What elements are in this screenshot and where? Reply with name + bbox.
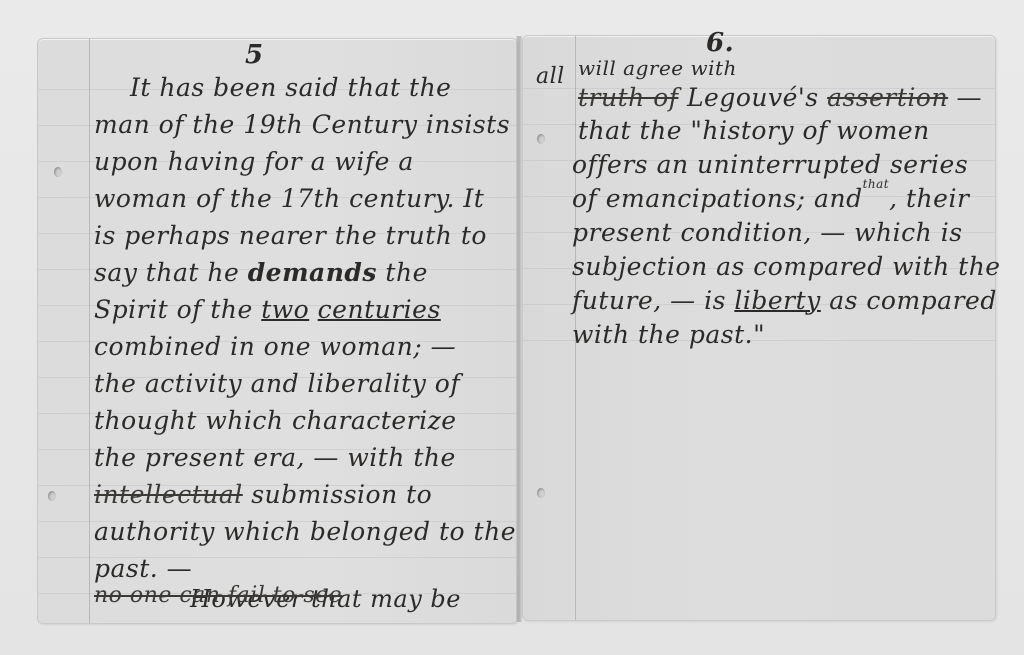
punch-hole [54,167,62,177]
line-segment: Spirit of the [94,295,261,324]
manuscript-line: will agree with [578,58,737,78]
line-segment: submission to [243,480,432,509]
right-page-number: 6. [706,30,734,56]
manuscript-line: woman of the 17th century. It [94,186,484,211]
manuscript-line: Spirit of the two centuries [94,297,441,322]
manuscript-line: thought which characterize [94,408,457,433]
struck-word: intellectual [94,480,243,509]
manuscript-line: past. — [94,556,192,581]
superscript-insertion: that [863,177,890,191]
manuscript-line: is perhaps nearer the truth to [94,223,487,248]
manuscript-line: say that he demands the [94,260,428,285]
manuscript-line: It has been said that the [130,75,451,100]
left-page-margin-line [89,39,90,623]
line-segment: say that he [94,258,248,287]
struck-word: assertion [827,83,948,112]
manuscript-line-struck: no one can fail to see [94,585,342,607]
line-segment: with [684,56,737,80]
manuscript-scan: 5 It has been said that the man of the 1… [0,0,1024,655]
inserted-word: agree [623,56,683,80]
manuscript-line: with the past." [572,322,765,347]
manuscript-line: of emancipations; andthat, their [572,186,969,211]
manuscript-line: offers an uninterrupted series [572,152,968,177]
manuscript-line: intellectual submission to [94,482,432,507]
manuscript-line: upon having for a wife a [94,149,414,174]
emphasized-word: demands [248,258,377,287]
punch-hole [537,134,545,144]
line-segment: — [948,83,982,112]
left-page-number: 5 [245,42,264,68]
line-segment: as compared [821,286,997,315]
line-segment: will [578,56,623,80]
punch-hole [537,488,545,498]
line-segment: , their [889,184,969,213]
line-segment: future, — is [572,286,734,315]
line-segment [309,295,317,324]
manuscript-line: present condition, — which is [572,220,963,245]
manuscript-line: combined in one woman; — [94,334,456,359]
underlined-word: two [261,295,309,324]
line-segment: the [377,258,428,287]
line-segment: of emancipations; and [572,184,863,213]
manuscript-line: the activity and liberality of [94,371,460,396]
line-segment: Legouvé's [679,83,828,112]
manuscript-line: man of the 19th Century insists [94,112,510,137]
struck-word: truth of [578,83,679,112]
manuscript-line: that the "history of women [578,118,930,143]
underlined-word: liberty [734,286,820,315]
margin-note: all [536,66,565,88]
manuscript-line: the present era, — with the [94,445,456,470]
manuscript-line: subjection as compared with the [572,254,1001,279]
punch-hole [48,491,56,501]
manuscript-line: future, — is liberty as compared [572,288,997,313]
manuscript-line: truth of Legouvé's assertion — [578,85,982,110]
underlined-word: centuries [318,295,441,324]
manuscript-line: authority which belonged to the [94,519,516,544]
